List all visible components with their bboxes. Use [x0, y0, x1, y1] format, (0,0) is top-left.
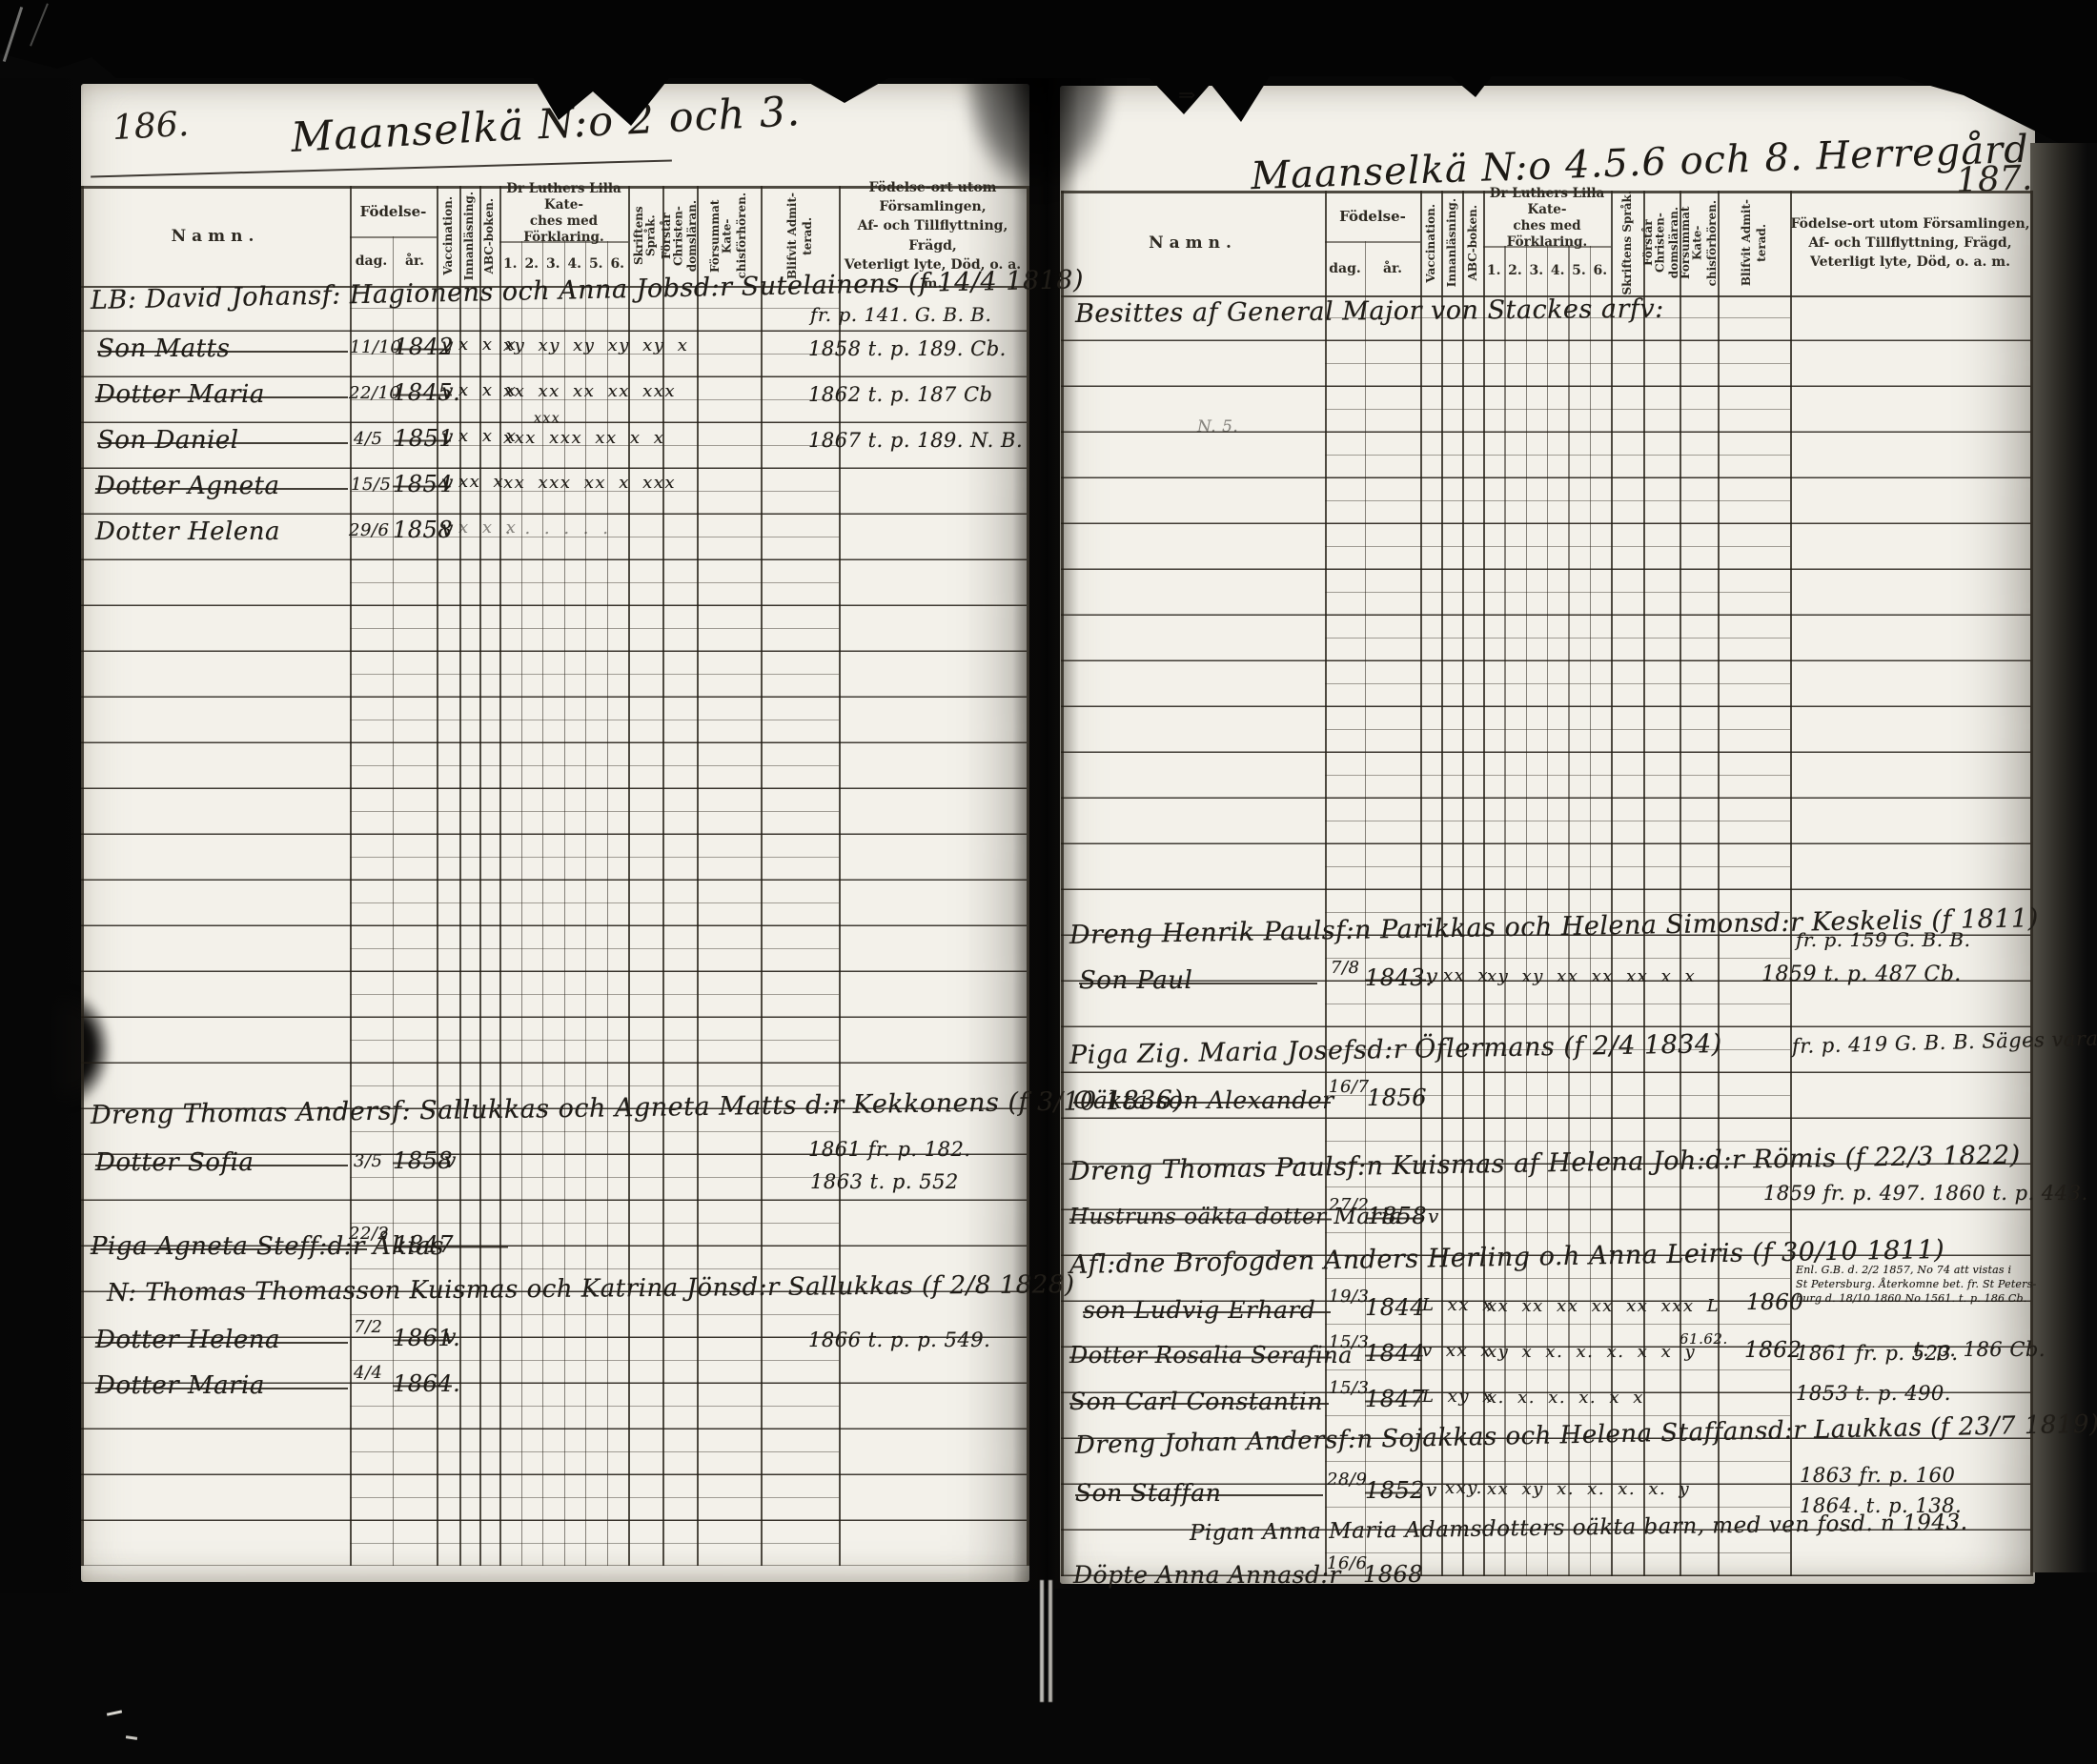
handwritten-entry: ⇒	[1178, 84, 1196, 108]
handwritten-entry: L xx x	[1422, 1295, 1494, 1315]
handwritten-entry: 1861 fr. p. 182.	[808, 1138, 971, 1161]
handwritten-entry: v	[441, 517, 456, 541]
handwritten-entry: Besittes af General Major von Stackes ar…	[1075, 294, 1664, 329]
handwritten-entry: 7/8	[1331, 958, 1359, 978]
column-header-fodelse: Födelse-	[1325, 191, 1420, 241]
column-header-fodelse: Födelse-	[350, 186, 437, 236]
handwritten-entry: xx xxx xx x xxx	[503, 473, 676, 493]
handwritten-entry: 1863 t. p. 552	[810, 1170, 959, 1193]
handwritten-entry: v	[444, 1326, 458, 1349]
kateches-grade-number: 3.	[1526, 246, 1547, 295]
handwritten-entry: xx x	[458, 472, 504, 492]
handwritten-entry: 1863 fr. p. 160	[1800, 1464, 1955, 1487]
column-header-abc-boken: ABC-boken.	[1462, 191, 1483, 295]
handwritten-entry: Piga Agneta Steff:d:r Åkias	[91, 1232, 367, 1261]
column-header-dag: dag.	[1325, 241, 1365, 295]
column-header-dag: dag.	[350, 236, 393, 286]
handwritten-entry: 1864.	[393, 1370, 452, 1397]
column-header-forstar-christendomslaran: Förstår Christen- domsläran.	[1643, 191, 1680, 295]
handwritten-entry: 1847	[1365, 1386, 1420, 1412]
column-header-innanlasning: Innanläsning.	[459, 186, 479, 286]
handwritten-entry: Son Paul	[1079, 966, 1317, 995]
handwritten-entry: Dotter Agneta	[95, 472, 348, 500]
handwritten-entry: Enl. G.B. d. 2/2 1857, No 74 att vistas …	[1796, 1264, 2011, 1276]
kateches-grade-number: 6.	[1590, 246, 1611, 295]
handwritten-entry: 28/9	[1327, 1470, 1367, 1490]
handwritten-entry: . . . . . .	[505, 518, 609, 538]
handwritten-entry: 1852	[1365, 1477, 1420, 1504]
handwritten-entry: 61.62.	[1680, 1330, 1728, 1348]
handwritten-entry: v xx x	[1422, 1341, 1492, 1361]
handwritten-entry: xy x x. x. x. x x y	[1487, 1342, 1696, 1362]
handwritten-entry: v	[441, 426, 456, 450]
column-header-innanlasning: Innanläsning.	[1441, 191, 1462, 295]
handwritten-entry: 1856	[1367, 1085, 1427, 1111]
handwritten-entry: 1866 t. p. p. 549.	[808, 1328, 990, 1351]
handwritten-entry: Dotter Rosalia Serafina	[1069, 1342, 1332, 1369]
handwritten-entry: xx xx xx xx xx xxx L	[1487, 1296, 1720, 1316]
kateches-grade-number: 4.	[1547, 246, 1568, 295]
handwritten-entry: v	[444, 1149, 458, 1173]
handwritten-entry: Son Carl Constantin	[1069, 1388, 1329, 1415]
handwritten-entry: 15/3	[1329, 1378, 1369, 1398]
scanned-book-spread: 186. Maanselkä N:o 2 och 3. 187. Maansel…	[0, 0, 2097, 1764]
column-header-namn: Namn.	[1061, 191, 1325, 295]
handwritten-entry: son Ludvig Erhard	[1083, 1296, 1331, 1324]
handwritten-entry: 1868	[1363, 1561, 1423, 1588]
handwritten-entry: 1858	[1367, 1203, 1424, 1229]
handwritten-entry: 1843.	[1365, 964, 1426, 991]
handwritten-entry: 3/5	[354, 1151, 382, 1171]
handwritten-entry: t. p. 186 Cb.	[1914, 1338, 2046, 1361]
handwritten-entry: 16/6	[1327, 1553, 1367, 1573]
bottom-left-speck	[107, 1710, 122, 1715]
kateches-grade-number: 2.	[1504, 246, 1525, 295]
handwritten-entry: xxy.	[1445, 1478, 1483, 1498]
handwritten-entry: xxx	[534, 411, 560, 426]
handwritten-entry: fr. p. 141. G. B. B.	[810, 303, 991, 326]
handwritten-entry: v	[1426, 965, 1440, 989]
column-header-forstar-christendomslaran: Förstår Christen- domsläran.	[662, 186, 697, 286]
handwritten-entry: 1861.	[393, 1325, 452, 1351]
handwritten-entry: Dotter Maria	[95, 1371, 348, 1400]
handwritten-entry: 22/2	[349, 1224, 389, 1244]
handwritten-entry: Hustruns oäkta dotter Maria	[1069, 1205, 1332, 1229]
spine-bottom-lines	[1037, 1580, 1056, 1702]
column-header-vaccination: Vaccination.	[437, 186, 459, 286]
handwritten-entry: 1844	[1365, 1340, 1420, 1367]
handwritten-entry: 1859 fr. p. 497. 1860 t. p. 443.	[1763, 1182, 2088, 1205]
bottom-left-speck	[126, 1735, 137, 1740]
column-header-forsummat-katechisforhoren: Försummat Kate- chisförhören.	[1680, 191, 1718, 295]
handwritten-entry: 1859 t. p. 487 Cb.	[1761, 963, 1962, 986]
column-header-skriftens-sprak: Skriftens Språk.	[1611, 191, 1643, 295]
column-header-fodelseort-notes: Födelse-ort utom Församlingen, Af- och T…	[1790, 191, 2030, 295]
handwritten-entry: 1853 t. p. 490.	[1796, 1382, 1951, 1405]
handwritten-entry: 7/2	[354, 1317, 382, 1337]
handwritten-entry: 19/3	[1329, 1287, 1369, 1307]
handwritten-entry: xx xx xx xx xxx	[503, 381, 676, 401]
handwritten-entry: Dotter Helena	[95, 1326, 348, 1354]
handwritten-entry: Oäkta son Alexander	[1073, 1086, 1331, 1114]
handwritten-entry: xx xy x. x. x. x. y	[1487, 1479, 1690, 1499]
left-page-number: 186.	[112, 105, 190, 148]
handwritten-entry: fr. p. 159 G. B. B.	[1796, 928, 1970, 951]
handwritten-entry: L xy x	[1422, 1387, 1494, 1407]
column-header-ar: år.	[1365, 241, 1420, 295]
column-header-kateches: Dr Luthers Lilla Kate-ches med Förklarin…	[499, 186, 628, 241]
table-right-border	[2030, 191, 2033, 1576]
handwritten-entry: N. 5.	[1197, 417, 1238, 436]
handwritten-entry: v	[441, 380, 456, 404]
handwritten-entry: burg d. 18/10 1860 No 1561. t. p. 186 Cb…	[1796, 1292, 2026, 1305]
column-header-namn: Namn.	[81, 186, 350, 286]
handwritten-entry: 15/5	[351, 475, 391, 495]
kateches-grade-number: 1.	[1483, 246, 1504, 295]
handwritten-entry: 16/7	[1329, 1077, 1369, 1097]
handwritten-entry: 1844	[1365, 1294, 1425, 1321]
column-header-abc-boken: ABC-boken.	[479, 186, 499, 286]
handwritten-entry: 1862 t. p. 187 Cb	[808, 383, 992, 406]
column-header-blifvit-admitterad: Blifvit Admit- terad.	[1718, 191, 1790, 295]
handwritten-entry: Dotter Helena	[95, 517, 280, 546]
handwritten-entry: v	[1428, 1205, 1441, 1227]
table-right-border	[1027, 186, 1029, 1566]
column-header-forsummat-katechisforhoren: Försummat Kate- chisförhören.	[697, 186, 761, 286]
handwritten-entry: 4/4	[354, 1363, 382, 1383]
handwritten-entry: Son Daniel	[97, 426, 348, 455]
handwritten-entry: v	[441, 335, 456, 358]
handwritten-entry: 1862	[1744, 1338, 1802, 1363]
handwritten-entry: v	[441, 472, 456, 496]
handwritten-entry: 27/2	[1329, 1195, 1369, 1215]
kateches-grade-number: 5.	[1568, 246, 1589, 295]
handwritten-entry: Son Staffan	[1075, 1479, 1323, 1507]
column-header-kateches: Dr Luthers Lilla Kate-ches med Förklarin…	[1483, 191, 1611, 246]
handwritten-entry: 1858 t. p. 189. Cb.	[808, 337, 1007, 360]
handwritten-entry: 1847	[394, 1231, 508, 1258]
handwritten-entry: 29/6	[349, 520, 389, 540]
handwritten-entry: 1858	[393, 1147, 450, 1174]
handwritten-entry: x. x. x. x. x x	[1487, 1388, 1644, 1408]
column-header-vaccination: Vaccination.	[1420, 191, 1441, 295]
handwritten-entry: 1867 t. p. 189. N. B.	[808, 429, 1023, 452]
handwritten-entry: Dotter Sofia	[95, 1148, 348, 1177]
handwritten-entry: xx x	[1443, 965, 1489, 985]
handwritten-entry: Dotter Maria	[95, 380, 348, 409]
left-margin-shade	[0, 78, 84, 1593]
handwritten-entry: v	[1426, 1478, 1439, 1501]
handwritten-entry: xy xy xx xx xx x x	[1487, 966, 1696, 986]
handwritten-entry: Son Matts	[97, 335, 348, 363]
handwritten-entry: 4/5	[354, 429, 382, 449]
column-header-skriftens-sprak: Skriftens Språk.	[628, 186, 662, 286]
handwritten-entry: Döpte Anna Annasd:r	[1073, 1561, 1341, 1589]
handwritten-entry: xy xy xy xy xy x	[503, 335, 688, 355]
handwritten-entry: xxx xxx xx x x	[503, 428, 664, 448]
handwritten-entry: 15/3	[1329, 1332, 1369, 1352]
handwritten-entry: St Petersburg. Återkomne bet. fr. St Pet…	[1796, 1278, 2036, 1290]
